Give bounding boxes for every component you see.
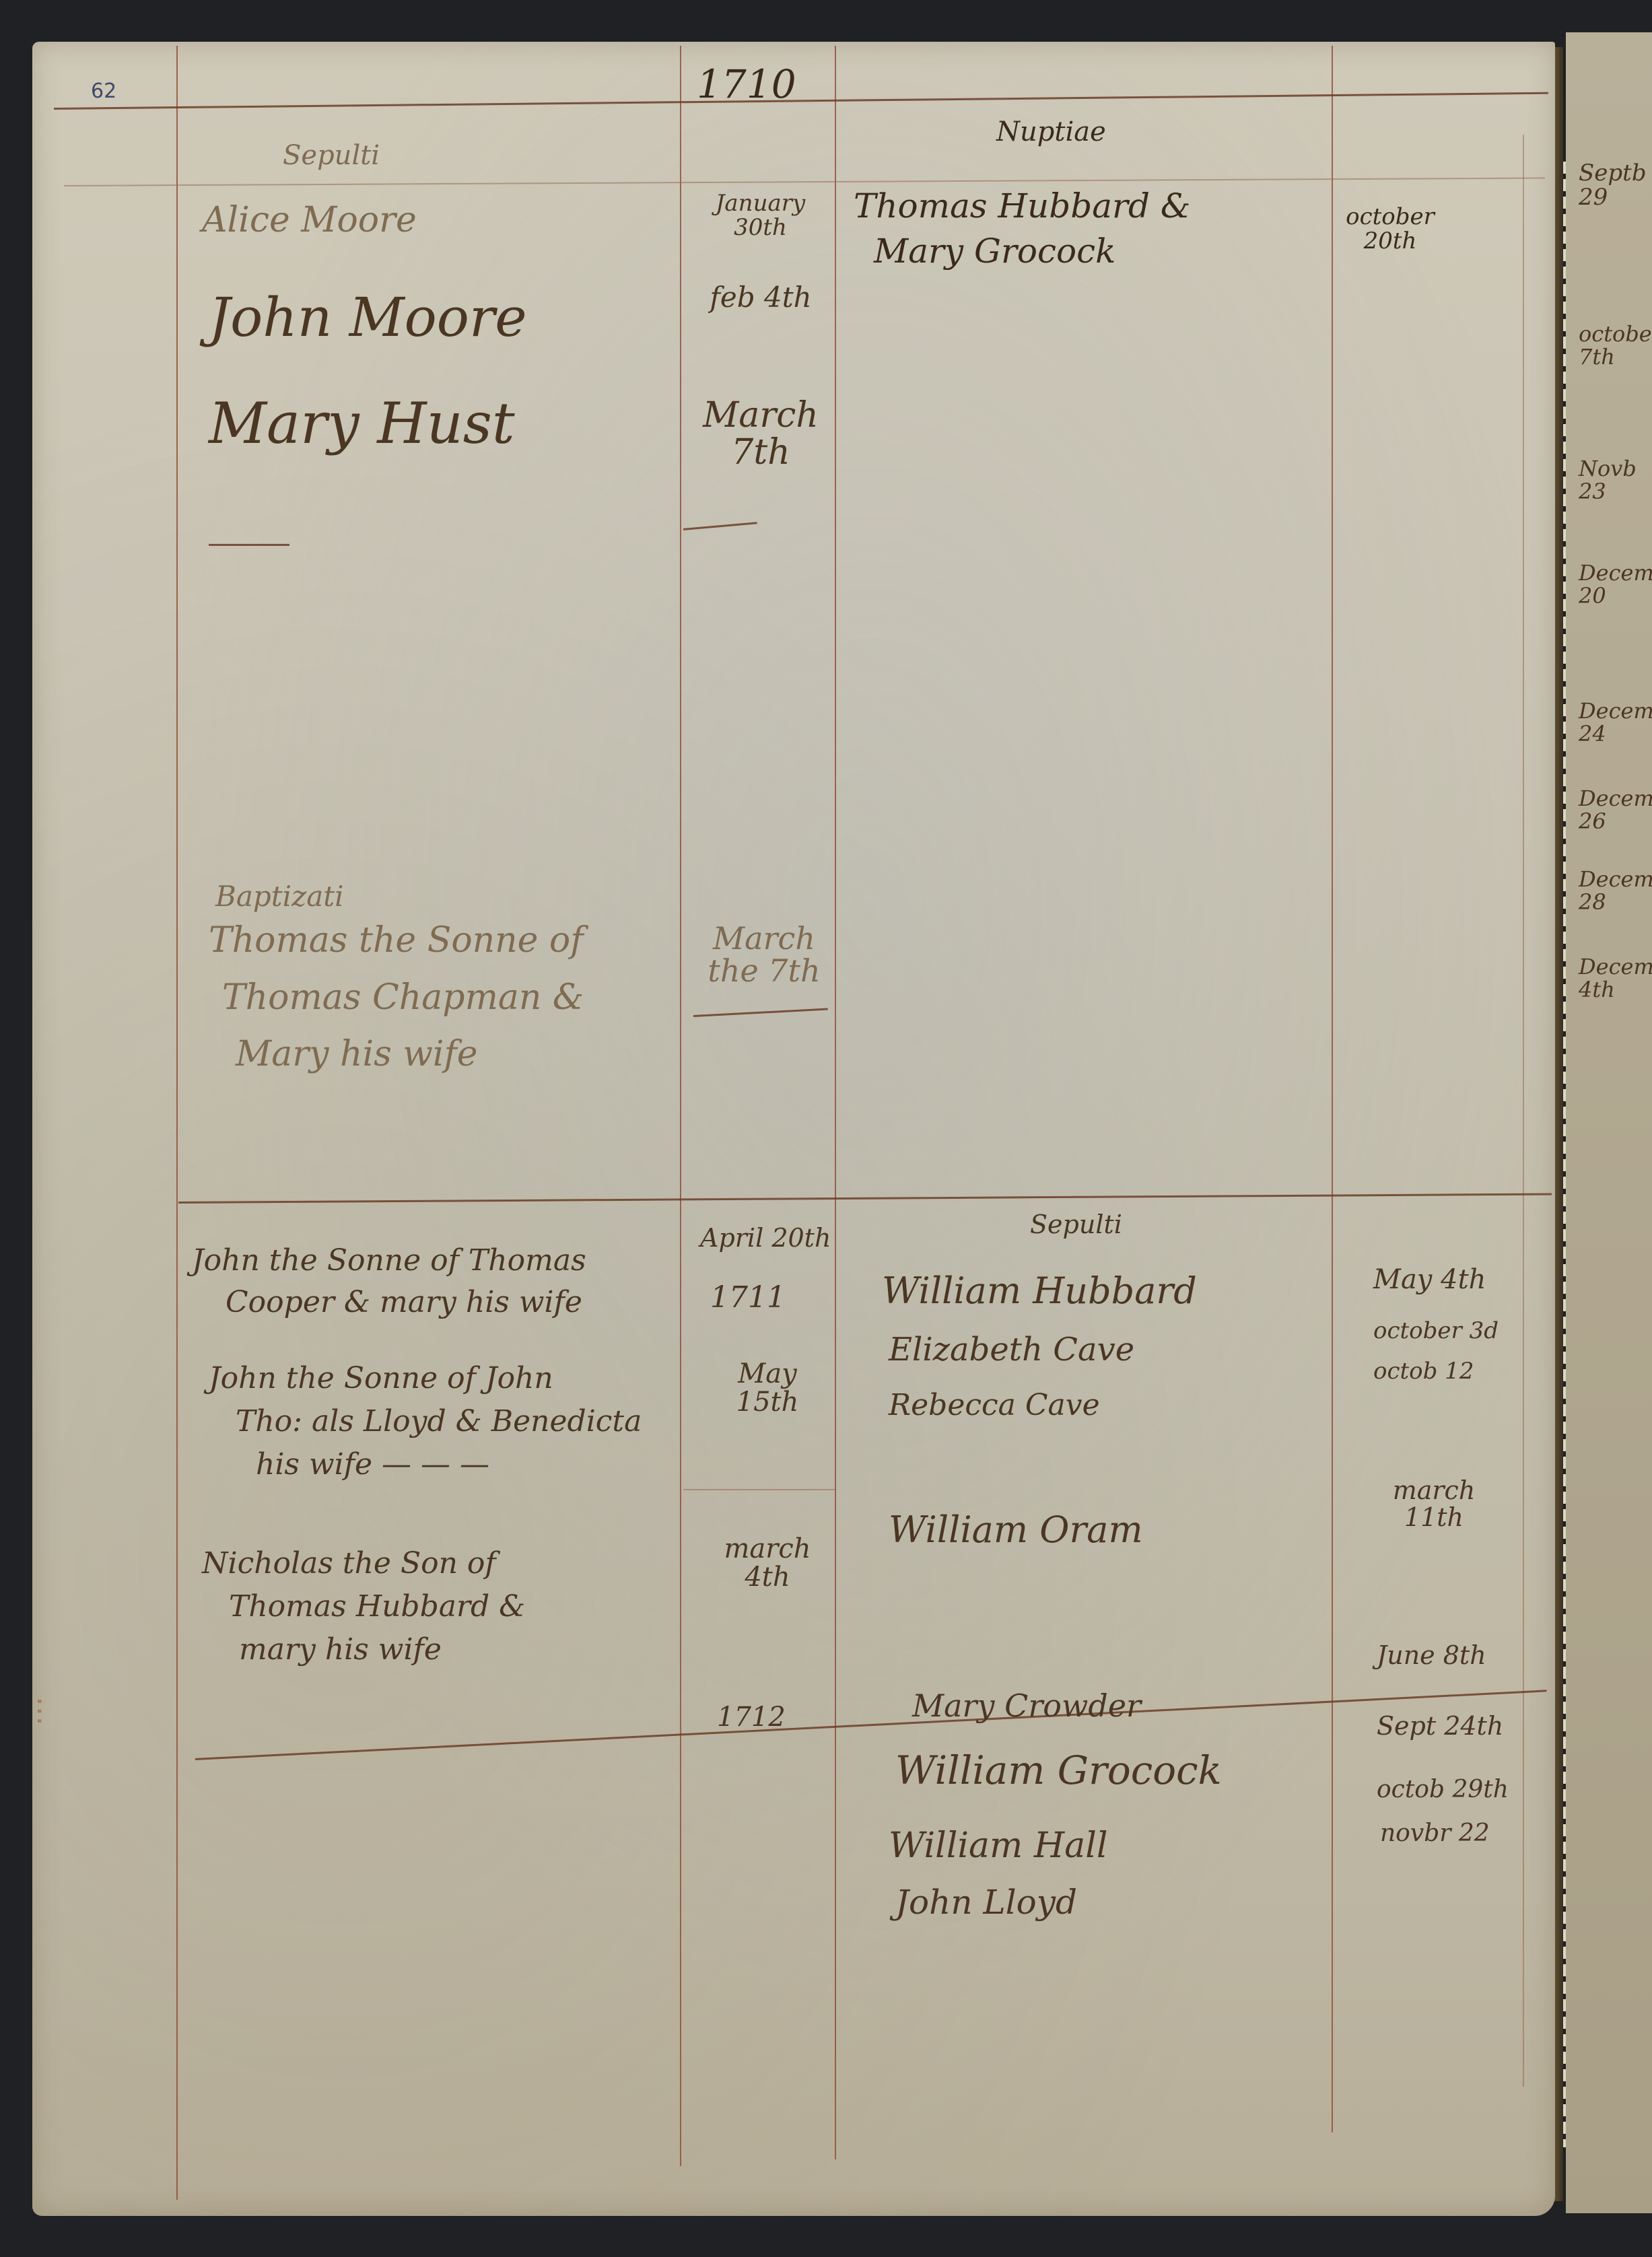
adjacent-page-date: Decemb 24 (1579, 700, 1646, 745)
baptism-entry-date: May 15th (707, 1360, 828, 1416)
section-heading-nuptiae: Nuptiae (996, 118, 1106, 146)
burial-entry-date: March 7th (693, 397, 828, 471)
burial-entry-name: Alice Moore (202, 202, 417, 239)
burial-entry-date: october 3d (1373, 1319, 1499, 1344)
burial-entry-name: John Moore (209, 289, 527, 346)
year-1712-label: 1712 (717, 1703, 786, 1731)
baptism-entry: John the Sonne of John Tho: als Lloyd & … (209, 1363, 642, 1481)
date-column-rule-3 (1332, 46, 1333, 2132)
burial-entry-date: march 11th (1367, 1478, 1501, 1531)
burial-entry-date: January 30th (688, 192, 833, 240)
burial-entry-date: novbr 22 (1380, 1821, 1490, 1846)
adjacent-page-date: october 7th (1579, 323, 1646, 368)
baptism-entry-line: Mary his wife (236, 1036, 584, 1073)
burial-entry-date: Sept 24th (1377, 1713, 1503, 1740)
burial-entry-date: octob 29th (1377, 1777, 1509, 1803)
burial-entry-date: octob 12 (1373, 1360, 1474, 1384)
page-edge-rule (1523, 135, 1524, 2087)
baptism-entry-line: John the Sonne of John (209, 1363, 642, 1394)
baptism-entry-line: Thomas the Sonne of (209, 922, 584, 959)
baptism-entry-line: John the Sonne of Thomas (192, 1245, 586, 1276)
burial-entry-name: William Hubbard (882, 1272, 1197, 1311)
burial-entry-name: William Hall (889, 1828, 1108, 1865)
margin-rule (176, 46, 178, 2200)
baptism-entry: Thomas the Sonne of Thomas Chapman & Mar… (209, 922, 584, 1073)
burial-entry-name: John Lloyd (895, 1885, 1077, 1920)
baptism-entry-line: Thomas Hubbard & (229, 1591, 525, 1622)
baptism-entry-line: his wife — — — (256, 1449, 642, 1480)
baptism-entry: John the Sonne of Thomas Cooper & mary h… (192, 1245, 586, 1318)
baptism-entry-date: march 4th (707, 1535, 828, 1591)
section-heading-sepulti: Sepulti (1030, 1212, 1122, 1239)
date-column-rule-2 (835, 46, 836, 2159)
baptism-year: 1711 (710, 1282, 786, 1313)
burial-entry-date: feb 4th (693, 283, 828, 312)
baptism-entry-line: Cooper & mary his wife (226, 1287, 586, 1318)
year-header: 1710 (697, 64, 796, 105)
baptism-entry-line: Tho: als Lloyd & Benedicta (236, 1406, 642, 1437)
burial-entry-date: June 8th (1377, 1642, 1486, 1669)
section-heading-baptizati: Baptizati (215, 882, 344, 911)
burial-entry-name: Mary Hust (209, 394, 515, 453)
folio-number: 62 (91, 79, 116, 103)
adjacent-page-date: Novb 23 (1579, 458, 1646, 503)
register-page (32, 42, 1555, 2216)
binding-stitching (1563, 162, 1566, 2147)
section-heading-sepulti: Sepulti (283, 141, 380, 170)
baptism-entry-line: Nicholas the Son of (202, 1548, 525, 1579)
margin-annotation: ⋯ (23, 1696, 57, 1726)
entry-underline (209, 544, 289, 546)
may-entry-divider (683, 1489, 835, 1490)
burial-entry-name: Rebecca Cave (889, 1390, 1100, 1421)
burial-entry-name: William Oram (889, 1511, 1143, 1550)
marriage-entry-date: october 20th (1340, 205, 1441, 253)
baptism-entry-line: Thomas Chapman & (222, 979, 584, 1016)
marriage-entry: Thomas Hubbard & Mary Grocock (854, 188, 1190, 269)
burial-entry-name: William Grocock (895, 1750, 1222, 1791)
adjacent-page-date: Decemb 4th (1579, 956, 1646, 1001)
burial-entry-name: Mary Crowder (912, 1690, 1141, 1722)
baptism-entry-line: mary his wife (239, 1634, 525, 1665)
baptism-entry-date: March the 7th (697, 922, 831, 987)
baptism-entry-date: April 20th (700, 1225, 831, 1252)
date-column-rule-1 (680, 46, 681, 2166)
adjacent-page-date: Decemb 26 (1579, 788, 1646, 833)
marriage-entry-line: Thomas Hubbard & (854, 188, 1190, 224)
burial-entry-date: May 4th (1373, 1265, 1486, 1294)
marriage-entry-line: Mary Grocock (874, 234, 1190, 269)
adjacent-page-date: Septb 29 (1579, 162, 1646, 209)
adjacent-page-date: Decemb 20 (1579, 562, 1646, 607)
adjacent-page-date: Decemb 28 (1579, 868, 1646, 913)
burial-entry-name: Elizabeth Cave (889, 1333, 1134, 1366)
baptism-entry: Nicholas the Son of Thomas Hubbard & mar… (202, 1548, 525, 1666)
